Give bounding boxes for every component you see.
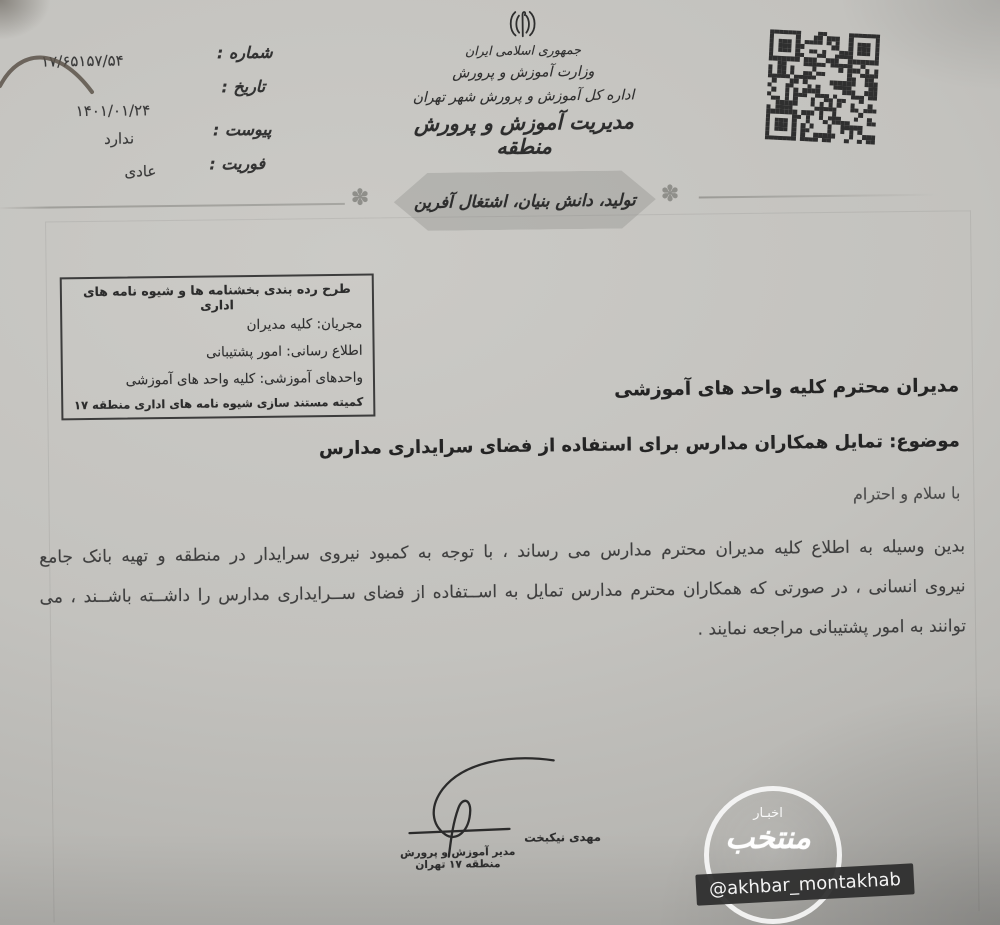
qr-code-modules [765, 29, 880, 144]
classification-box-line: واحدهای آموزشی: کلیه واحد های آموزشی [73, 365, 363, 396]
salutation-line: با سلام و احترام [853, 483, 961, 503]
letterhead-country: جمهوری اسلامی ایران [399, 41, 647, 59]
letterhead-administration: اداره کل آموزش و پرورش شهر تهران [399, 87, 647, 106]
letter-sheet: شماره : ۱۷/۶۵۱۵۷/۵۴ تاریخ : ۱۴۰۱/۰۱/۲۴ پ… [0, 0, 1000, 925]
field-value-attachment: ندارد [104, 129, 166, 148]
addressee-line: مدیران محترم کلیه واحد های آموزشی [614, 375, 959, 400]
classification-box-line: اطلاع رسانی: امور پشتیبانی [72, 338, 362, 369]
classification-box-line: مجریان: کلیه مدیران [72, 311, 362, 342]
field-label-date: تاریخ : [221, 77, 265, 97]
watermark-handle: @akhbar_montakhab [709, 869, 902, 900]
year-slogan-text: تولید، دانش بنیان، اشتغال آفرین [414, 190, 636, 212]
letterhead-office: مدیریت آموزش و پرورش منطقه [400, 109, 649, 160]
flower-ornament-left-icon: ✽ [351, 188, 370, 210]
classification-box-footer: کمیته مستند سازی شیوه نامه های اداری منط… [73, 395, 363, 413]
letterhead-ministry: وزارت آموزش و پرورش [399, 63, 647, 82]
classification-box: طرح رده بندی بخشنامه ها و شیوه نامه های … [60, 274, 376, 421]
iran-emblem-icon [503, 5, 541, 41]
signer-title: مدیر آموزش و پرورش منطقه ۱۷ تهران [383, 846, 533, 872]
ribbon-rule-right [699, 194, 939, 199]
field-label-attachment: پیوست : [213, 120, 272, 140]
field-label-urgency: فوریت : [209, 154, 265, 174]
signer-name: مهدی نیکبخت [509, 830, 617, 845]
qr-code [765, 29, 882, 146]
field-label-number: شماره : [217, 43, 273, 63]
scanned-letter-photo: { "document": { "kind": "official-letter… [0, 0, 1000, 925]
field-value-urgency: عادی [124, 162, 176, 181]
ribbon-rule-left [0, 203, 345, 209]
year-slogan-ribbon: تولید، دانش بنیان، اشتغال آفرین [393, 170, 656, 231]
flower-ornament-right-icon: ✽ [661, 184, 680, 206]
letterhead: جمهوری اسلامی ایران وزارت آموزش و پرورش … [398, 4, 648, 160]
body-paragraph: بدین وسیله به اطلاع کلیه مدیران محترم مد… [39, 526, 966, 657]
paper-edge-curve [0, 18, 108, 108]
classification-box-title: طرح رده بندی بخشنامه ها و شیوه نامه های … [72, 281, 362, 315]
watermark-line2: منتخب [698, 820, 838, 856]
watermark-line1: اخبـار [704, 806, 832, 821]
